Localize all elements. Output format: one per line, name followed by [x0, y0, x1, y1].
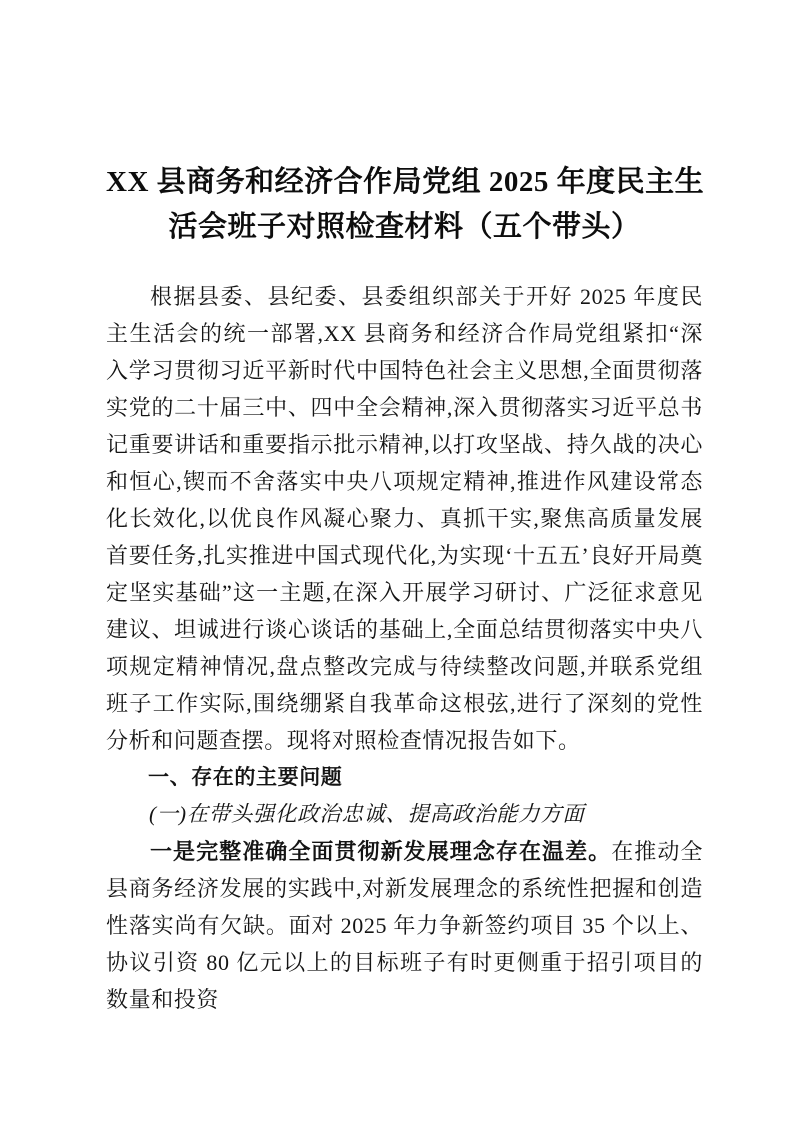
section-heading-main-problems: 一、存在的主要问题: [106, 759, 703, 796]
point-one-text: 在推动全县商务经济发展的实践中,对新发展理念的系统性把握和创造性落实尚有欠缺。面…: [106, 839, 703, 1012]
subsection-heading-political-loyalty: (一)在带头强化政治忠诚、提高政治能力方面: [106, 796, 703, 833]
paragraph-intro: 根据县委、县纪委、县委组织部关于开好 2025 年度民主生活会的统一部署,XX …: [106, 278, 703, 759]
document-page: XX 县商务和经济合作局党组 2025 年度民主生 活会班子对照检查材料（五个带…: [0, 0, 800, 1131]
document-title-line-1: XX 县商务和经济合作局党组 2025 年度民主生: [106, 160, 703, 205]
document-title-line-2: 活会班子对照检查材料（五个带头）: [106, 205, 703, 250]
point-one-bold-lead: 完整准确全面贯彻新发展理念存在温差。: [196, 839, 611, 864]
document-title: XX 县商务和经济合作局党组 2025 年度民主生 活会班子对照检查材料（五个带…: [106, 160, 703, 250]
point-one-marker: 一是: [150, 839, 196, 864]
paragraph-point-one: 一是完整准确全面贯彻新发展理念存在温差。在推动全县商务经济发展的实践中,对新发展…: [106, 833, 703, 1018]
